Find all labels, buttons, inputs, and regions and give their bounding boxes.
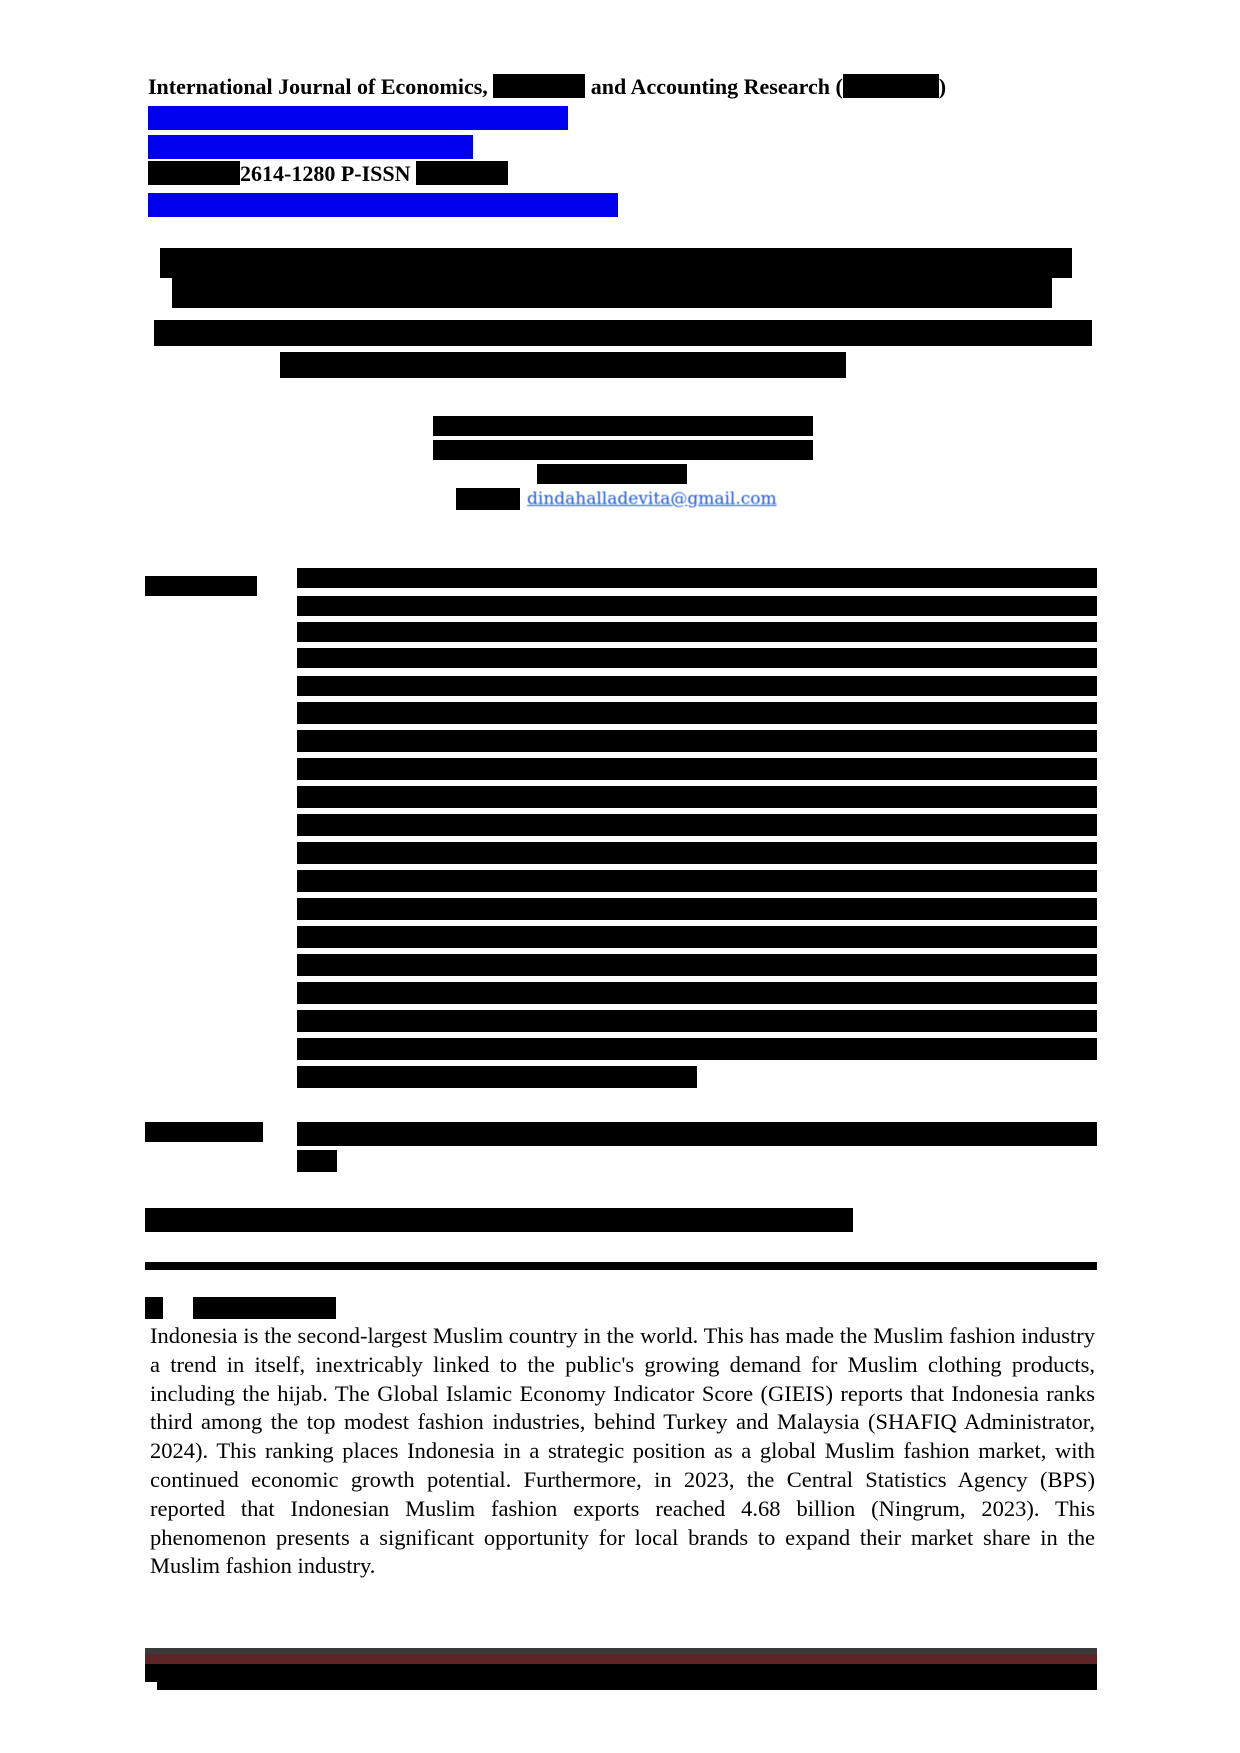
redaction-bar xyxy=(297,954,1097,976)
issn-line: 2614-1280 P-ISSN xyxy=(148,159,1048,188)
redaction-bar xyxy=(297,1150,337,1172)
redaction-bar xyxy=(297,676,1097,696)
volume-redacted xyxy=(148,135,473,159)
email-label-redacted xyxy=(456,488,520,510)
redaction-bar xyxy=(297,870,1097,892)
redaction-bar xyxy=(297,1122,1097,1146)
footer-text-redacted xyxy=(145,1664,1097,1682)
redaction-bar xyxy=(297,702,1097,724)
issn-text: 2614-1280 P-ISSN xyxy=(240,161,416,186)
redaction-bar xyxy=(537,464,687,484)
redaction-bar xyxy=(160,248,1072,278)
section-number-redacted xyxy=(145,1297,163,1319)
redaction-bar xyxy=(297,1010,1097,1032)
journal-title: International Journal of Economics, and … xyxy=(148,72,1048,101)
redaction-bar xyxy=(154,320,1092,346)
keywords-label-redacted xyxy=(145,1122,263,1142)
author-email-link[interactable]: dindahalladevita@gmail.com xyxy=(527,489,777,509)
redaction-bar xyxy=(297,898,1097,920)
redaction-bar xyxy=(416,161,508,185)
redaction-bar xyxy=(297,1038,1097,1060)
paper-page: International Journal of Economics, and … xyxy=(0,0,1240,1753)
redaction-bar xyxy=(172,278,1052,308)
section-separator xyxy=(145,1262,1097,1270)
redaction-bar xyxy=(433,416,813,436)
redaction-bar xyxy=(297,758,1097,780)
volume-line xyxy=(148,130,1048,159)
redaction-bar xyxy=(297,596,1097,616)
abstract-label-redacted xyxy=(145,576,257,596)
journal-url-link[interactable] xyxy=(148,193,618,217)
redaction-bar xyxy=(297,786,1097,808)
journal-title-part3: ) xyxy=(939,74,946,99)
redaction-bar xyxy=(297,730,1097,752)
redaction-bar xyxy=(297,926,1097,948)
redaction-bar xyxy=(297,648,1097,668)
redaction-bar xyxy=(148,161,240,185)
redaction-bar xyxy=(297,1066,697,1088)
redaction-bar xyxy=(297,568,1097,588)
redaction-bar xyxy=(280,352,846,378)
intro-heading-redacted xyxy=(193,1297,336,1319)
footer-text-redacted xyxy=(157,1682,1097,1690)
redaction-bar xyxy=(297,622,1097,642)
redaction-bar xyxy=(297,814,1097,836)
journal-title-part1: International Journal of Economics, xyxy=(148,74,493,99)
intro-text: Indonesia is the second-largest Muslim c… xyxy=(150,1322,1095,1581)
redaction-bar xyxy=(297,842,1097,864)
peer-reviewed-redacted xyxy=(148,106,568,130)
redaction-bar xyxy=(843,74,939,98)
footer-red-rule xyxy=(145,1654,1097,1664)
peer-reviewed-line xyxy=(148,101,1048,130)
intro-paragraph: Indonesia is the second-largest Muslim c… xyxy=(150,1322,1095,1581)
journal-url-line[interactable] xyxy=(148,188,1048,217)
submission-info-redacted xyxy=(145,1208,853,1232)
journal-header: International Journal of Economics, and … xyxy=(148,72,1048,217)
journal-title-part2: and Accounting Research ( xyxy=(585,74,843,99)
redaction-bar xyxy=(433,440,813,460)
redaction-bar xyxy=(493,74,585,98)
redaction-bar xyxy=(297,982,1097,1004)
